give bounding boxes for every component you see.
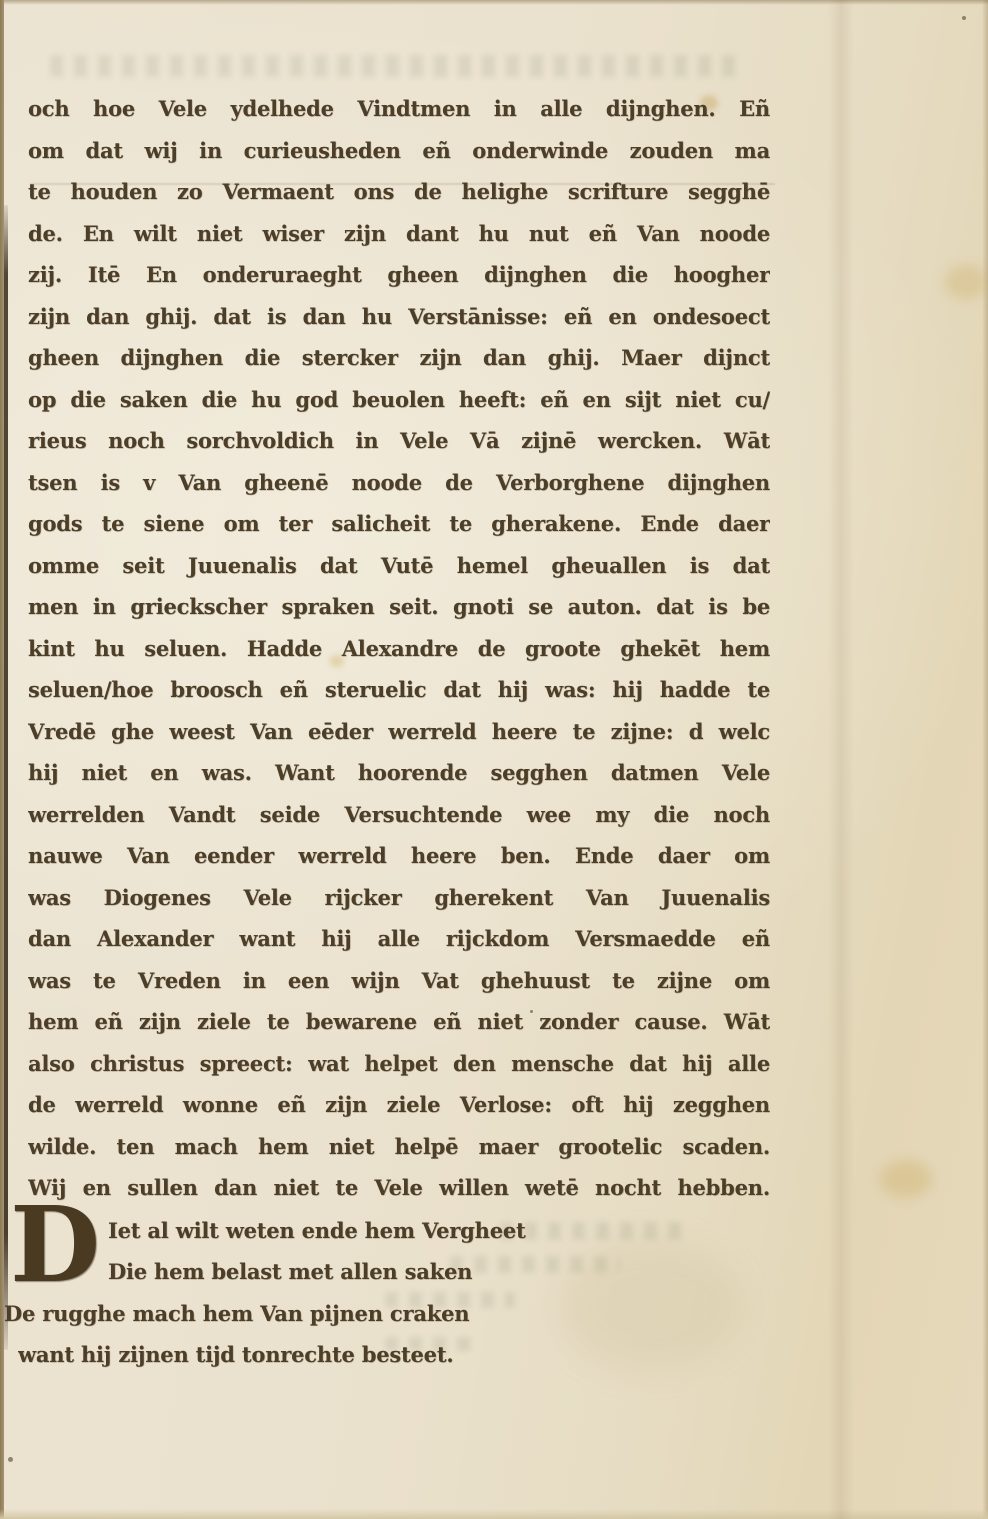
text-line: gheen dijnghen die stercker zijn dan ghi…: [28, 337, 770, 379]
text-line: zijn dan ghij. dat is dan hu Verstānisse…: [28, 296, 770, 338]
text-line: rieus noch sorchvoldich in Vele Vā zijnē…: [28, 420, 770, 462]
ink-speck: [962, 16, 966, 20]
text-line: kint hu seluen. Hadde Alexandre de groot…: [28, 628, 770, 670]
text-line: werrelden Vandt seide Versuchtende wee m…: [28, 794, 770, 836]
text-line: gods te siene om ter salicheit te gherak…: [28, 503, 770, 545]
text-line: om dat wij in curieusheden eñ onderwinde…: [28, 130, 770, 172]
text-line: dan Alexander want hij alle rijckdom Ver…: [28, 918, 770, 960]
verse-line: De rugghe mach hem Van pijnen craken: [4, 1293, 770, 1335]
verse-block: D Iet al wilt weten ende hem Vergheet Di…: [28, 1210, 770, 1376]
text-line: wilde. ten mach hem niet helpē maer groo…: [28, 1126, 770, 1168]
text-line: also christus spreect: wat helpet den me…: [28, 1043, 770, 1085]
stain: [880, 1160, 932, 1198]
text-line: zij. Itē En onderuraeght gheen dijnghen …: [28, 254, 770, 296]
text-line: tsen is v Van gheenē noode de Verborghen…: [28, 462, 770, 504]
text-line: omme seit Juuenalis dat Vutē hemel gheua…: [28, 545, 770, 587]
verse-line: Iet al wilt weten ende hem Vergheet: [28, 1210, 770, 1252]
text-line: seluen/hoe broosch eñ steruelic dat hij …: [28, 669, 770, 711]
text-line: hij niet en was. Want hoorende segghen d…: [28, 752, 770, 794]
drop-cap-initial: D: [10, 1192, 110, 1304]
text-block: och hoe Vele ydelhede Vindtmen in alle d…: [28, 88, 770, 1376]
verse-line: Die hem belast met allen saken: [28, 1251, 770, 1293]
text-line: nauwe Van eender werreld heere ben. Ende…: [28, 835, 770, 877]
text-line: de werreld wonne eñ zijn ziele Verlose: …: [28, 1084, 770, 1126]
text-line: Wij en sullen dan niet te Vele willen we…: [28, 1167, 770, 1209]
text-line: hem eñ zijn ziele te bewarene eñ niet zo…: [28, 1001, 770, 1043]
text-line: men in grieckscher spraken seit. gnoti s…: [28, 586, 770, 628]
text-line: was Diogenes Vele rijcker gherekent Van …: [28, 877, 770, 919]
text-line: Vredē ghe weest Van eēder werreld heere …: [28, 711, 770, 753]
show-through-ghost: [50, 55, 740, 77]
verse-line: want hij zijnen tijd tonrechte besteet.: [18, 1334, 770, 1376]
text-line: de. En wilt niet wiser zijn dant hu nut …: [28, 213, 770, 255]
text-line: was te Vreden in een wijn Vat ghehuust t…: [28, 960, 770, 1002]
text-line: och hoe Vele ydelhede Vindtmen in alle d…: [28, 88, 770, 130]
page-right-edge: [982, 0, 988, 1519]
paper-crease: [828, 0, 854, 1519]
gutter-shadow-line: [4, 205, 8, 1350]
ink-speck: [8, 1457, 13, 1462]
stain: [945, 265, 987, 299]
book-page-scan: och hoe Vele ydelhede Vindtmen in alle d…: [0, 0, 988, 1519]
text-line: te houden zo Vermaent ons de helighe scr…: [28, 171, 770, 213]
text-line: op die saken die hu god beuolen heeft: e…: [28, 379, 770, 421]
